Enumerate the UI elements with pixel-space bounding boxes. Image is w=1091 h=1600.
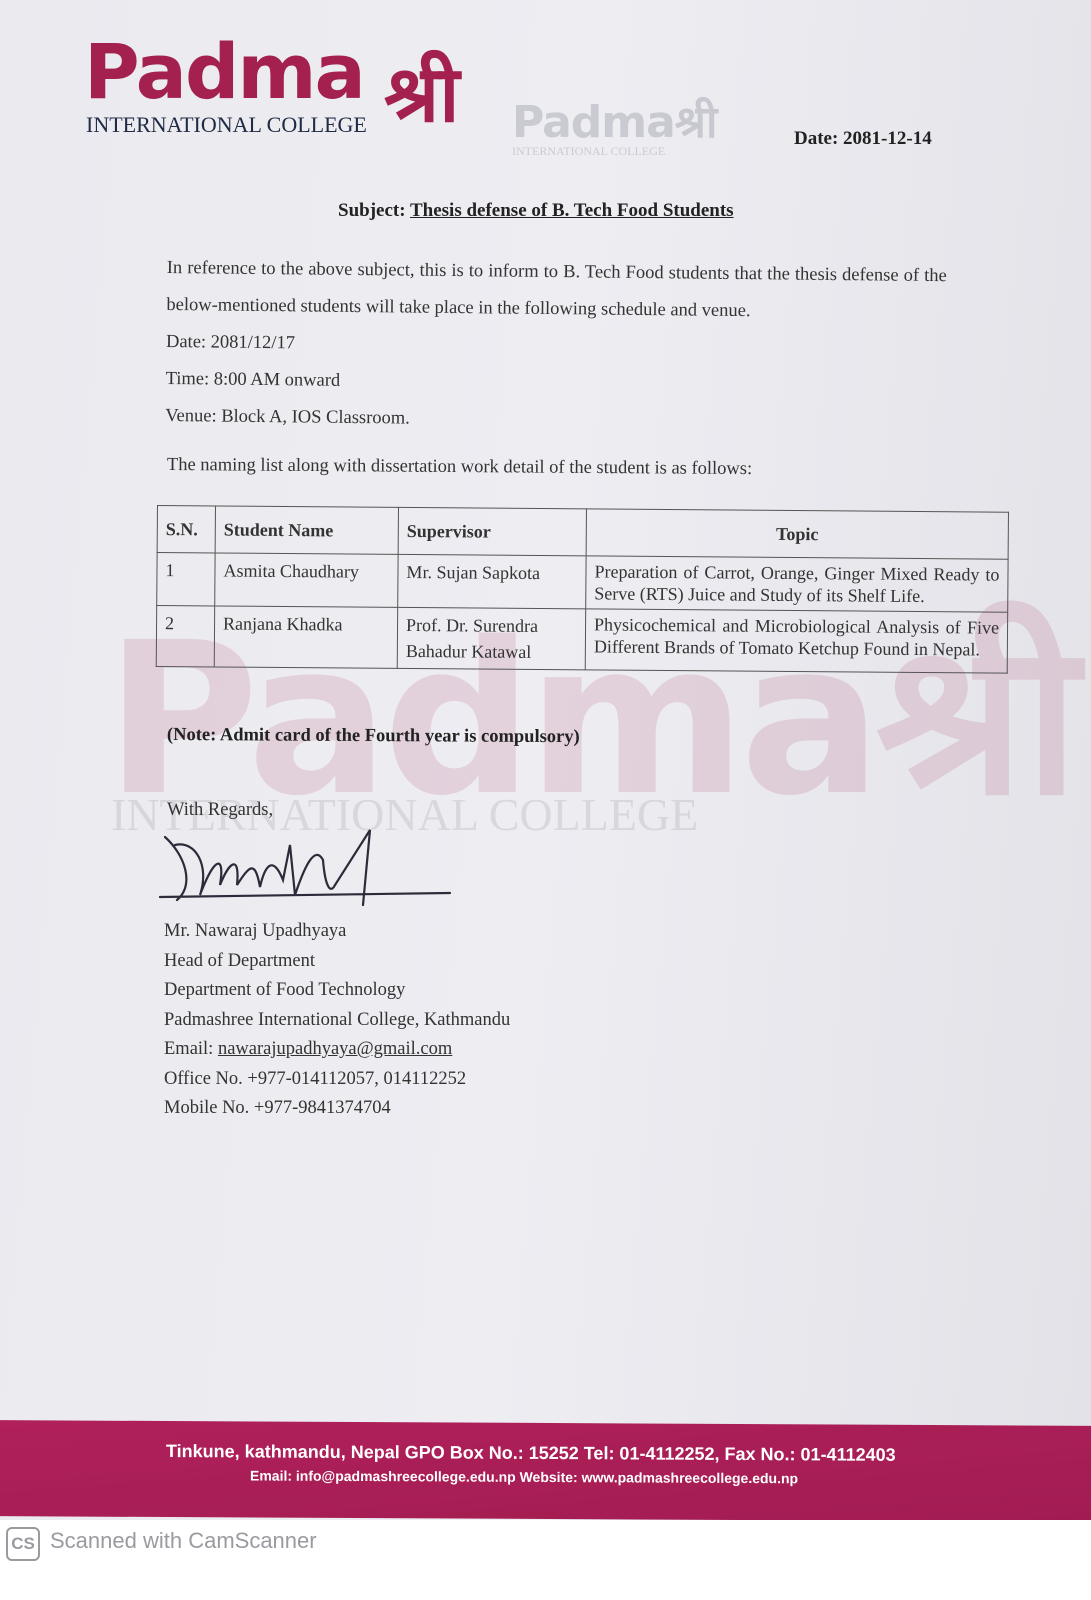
letter-date: Date: 2081-12-14 <box>794 128 932 150</box>
signatory-details: Mr. Nawaraj Upadhyaya Head of Department… <box>164 917 510 1124</box>
stamp-subtitle: INTERNATIONAL COLLEGE <box>512 144 665 159</box>
signatory-email-line: Email: nawarajupadhyaya@gmail.com <box>164 1035 510 1065</box>
signatory-mobile: Mobile No. +977-9841374704 <box>164 1094 510 1124</box>
cell-student-name: Ranjana Khadka <box>214 606 397 668</box>
email-label: Email: <box>164 1039 218 1059</box>
email-link[interactable]: nawarajupadhyaya@gmail.com <box>218 1039 452 1059</box>
footer-address: Tinkune, kathmandu, Nepal GPO Box No.: 1… <box>166 1441 896 1466</box>
table-header-row: S.N. Student Name Supervisor Topic <box>157 506 1008 560</box>
logo-subtitle: INTERNATIONAL COLLEGE <box>86 112 367 138</box>
subject-line: Subject: Thesis defense of B. Tech Food … <box>338 200 734 222</box>
header-sn: S.N. <box>157 506 215 553</box>
intro-paragraph: In reference to the above subject, this … <box>166 250 947 332</box>
subject-label: Subject: <box>338 200 406 221</box>
signatory-title: Head of Department <box>164 947 510 977</box>
signatory-name: Mr. Nawaraj Upadhyaya <box>164 917 510 947</box>
closing-regards: With Regards, <box>167 800 273 821</box>
letter-body: In reference to the above subject, this … <box>165 250 947 443</box>
signatory-office-phone: Office No. +977-014112057, 014112252 <box>164 1065 510 1095</box>
table-row: 1 Asmita Chaudhary Mr. Sujan Sapkota Pre… <box>157 553 1008 613</box>
header-topic: Topic <box>586 509 1008 559</box>
college-logo: Padma श्री INTERNATIONAL COLLEGE <box>84 34 364 110</box>
cell-topic: Physicochemical and Microbiological Anal… <box>585 609 1007 673</box>
cell-topic: Preparation of Carrot, Orange, Ginger Mi… <box>586 556 1008 612</box>
letterhead-footer: Tinkune, kathmandu, Nepal GPO Box No.: 1… <box>0 1420 1091 1522</box>
cell-student-name: Asmita Chaudhary <box>215 553 398 607</box>
logo-word: Padma <box>84 34 364 110</box>
camscanner-logo-icon: CS <box>6 1527 40 1561</box>
college-stamp: Padmaश्री INTERNATIONAL COLLEGE <box>512 100 716 146</box>
admit-card-note: (Note: Admit card of the Fourth year is … <box>167 725 580 748</box>
signatory-department: Department of Food Technology <box>164 976 510 1006</box>
header-supervisor: Supervisor <box>398 507 586 555</box>
cell-supervisor: Prof. Dr. Surendra Bahadur Katawal <box>397 607 585 669</box>
signatory-college: Padmashree International College, Kathma… <box>164 1006 510 1036</box>
header-student-name: Student Name <box>215 506 398 554</box>
students-table: S.N. Student Name Supervisor Topic 1 Asm… <box>156 505 1009 674</box>
stamp-word: Padmaश्री <box>512 100 716 146</box>
table-row: 2 Ranjana Khadka Prof. Dr. Surendra Baha… <box>156 606 1007 674</box>
cell-sn: 2 <box>156 606 214 667</box>
subject-text: Thesis defense of B. Tech Food Students <box>410 200 734 221</box>
cell-supervisor: Mr. Sujan Sapkota <box>398 554 586 608</box>
cell-sn: 1 <box>157 553 215 606</box>
footer-contact: Email: info@padmashreecollege.edu.np Web… <box>250 1467 798 1486</box>
logo-devanagari: श्री <box>384 38 459 144</box>
naming-list-intro: The naming list along with dissertation … <box>167 455 752 480</box>
camscanner-watermark-text: Scanned with CamScanner <box>50 1528 317 1554</box>
letter-page <box>0 0 1091 1528</box>
